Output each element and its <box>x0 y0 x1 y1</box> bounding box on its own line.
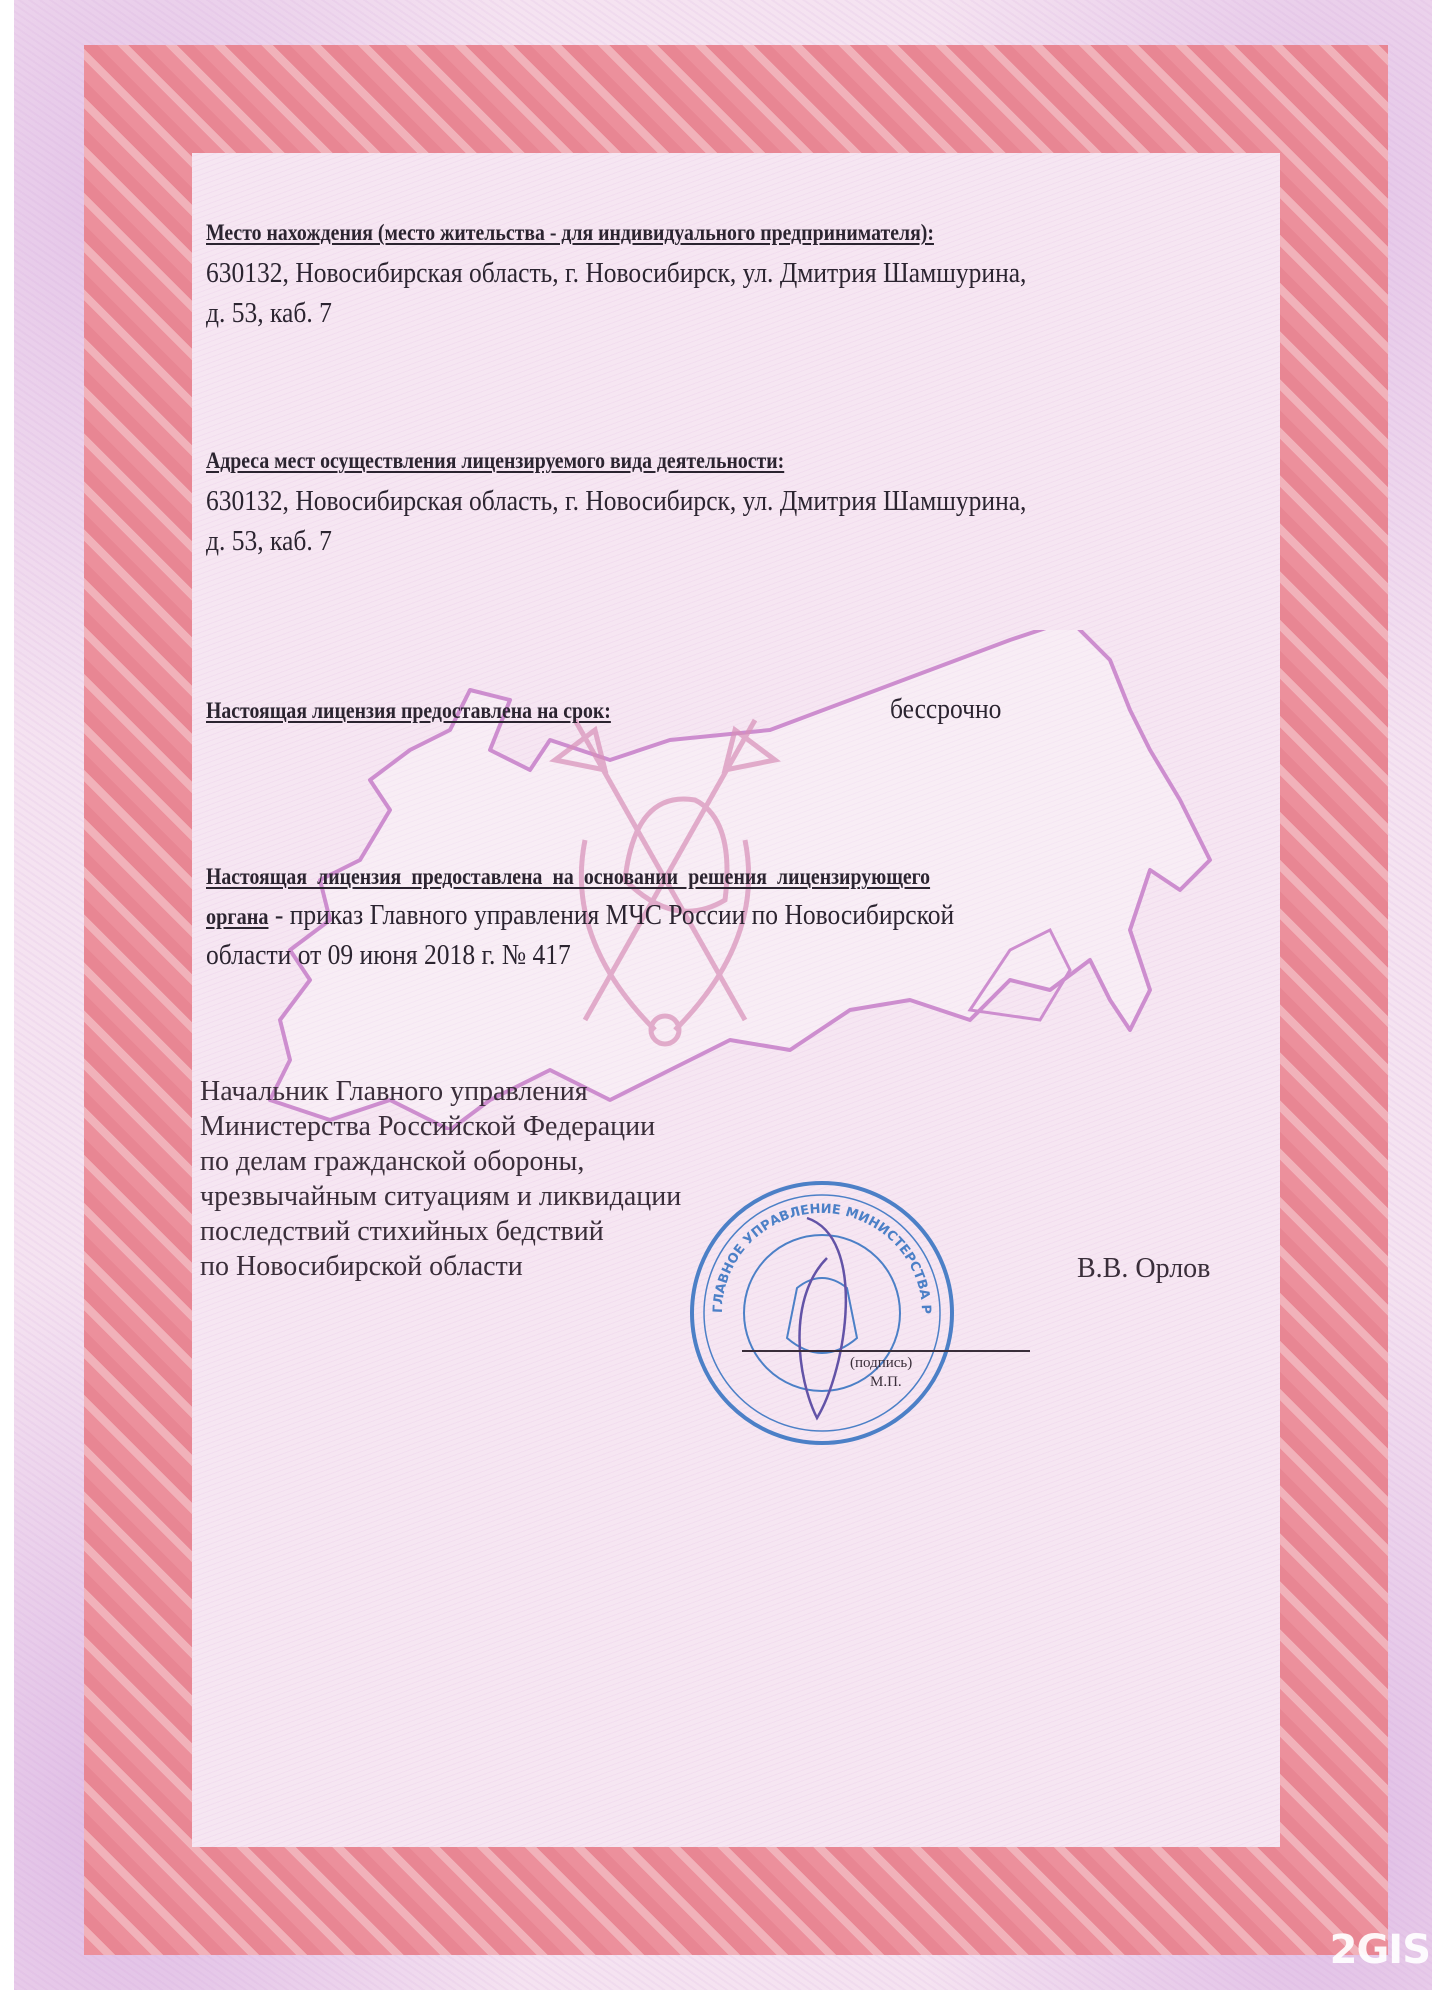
basis-label: Настоящая лицензия предоставлена на осно… <box>206 864 930 890</box>
location-label: Место нахождения (место жительства - для… <box>206 220 934 246</box>
signature-caption: (подпись) <box>850 1355 912 1372</box>
signatory-title-line4: чрезвычайным ситуациям и ликвидации <box>200 1181 681 1213</box>
2gis-watermark: 2GIS <box>1330 1927 1430 1973</box>
basis-order-text: - приказ Главного управления МЧС России … <box>268 899 954 931</box>
activity-address-line2: д. 53, каб. 7 <box>206 522 332 560</box>
activity-address-label: Адреса мест осуществления лицензируемого… <box>206 448 784 474</box>
signatory-title-line1: Начальник Главного управления <box>200 1076 588 1108</box>
basis-line3: области от 09 июня 2018 г. № 417 <box>206 936 571 974</box>
signatory-name: В.В. Орлов <box>1077 1253 1210 1285</box>
signatory-title-line2: Министерства Российской Федерации <box>200 1111 655 1143</box>
official-stamp-icon: ГЛАВНОЕ УПРАВЛЕНИЕ МИНИСТЕРСТВА РОССИЙСК… <box>687 1178 957 1448</box>
location-address-line2: д. 53, каб. 7 <box>206 294 332 332</box>
term-label: Настоящая лицензия предоставлена на срок… <box>206 698 611 724</box>
seal-caption: М.П. <box>870 1374 902 1391</box>
activity-address-line1: 630132, Новосибирская область, г. Новоси… <box>206 482 1026 520</box>
signature-line <box>742 1350 1030 1352</box>
basis-label-organ: органа <box>206 898 268 936</box>
signatory-title-line5: последствий стихийных бедствий <box>200 1216 604 1248</box>
location-address-line1: 630132, Новосибирская область, г. Новоси… <box>206 254 1026 292</box>
basis-line2: органа - приказ Главного управления МЧС … <box>206 896 954 936</box>
signatory-title-line6: по Новосибирской области <box>200 1251 523 1283</box>
signatory-title-line3: по делам гражданской обороны, <box>200 1146 584 1178</box>
term-value: бессрочно <box>890 690 1001 728</box>
